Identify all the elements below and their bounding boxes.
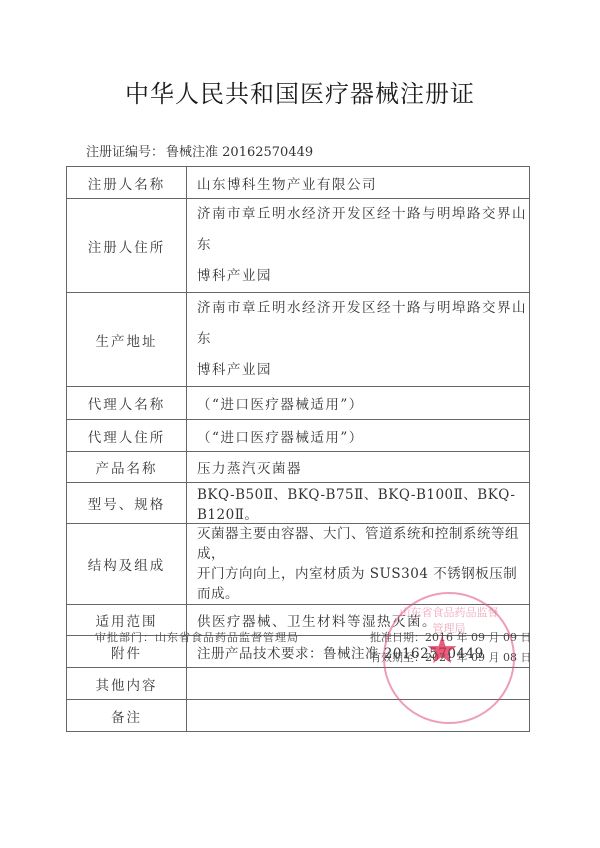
row-label: 代理人名称 [67, 387, 187, 420]
table-row-registrant-name: 注册人名称 山东博科生物产业有限公司 [67, 167, 530, 199]
row-value-line: 博科产业园 [197, 261, 529, 292]
table-row-production-address: 生产地址 济南市章丘明水经济开发区经十路与明埠路交界山东 博科产业园 [67, 293, 530, 387]
table-row-agent-address: 代理人住所 （“进口医疗器械适用”） [67, 420, 530, 452]
row-value-line: 博科产业园 [197, 355, 529, 386]
document-title: 中华人民共和国医疗器械注册证 [0, 74, 600, 109]
table-row-registrant-address: 注册人住所 济南市章丘明水经济开发区经十路与明埠路交界山东 博科产业园 [67, 199, 530, 293]
row-value: 灭菌器主要由容器、大门、管道系统和控制系统等组成， 开门方向向上，内室材质为 S… [187, 524, 530, 605]
row-label: 代理人住所 [67, 420, 187, 452]
table-row-product-name: 产品名称 压力蒸汽灭菌器 [67, 452, 530, 483]
row-label: 其他内容 [67, 668, 187, 700]
row-value: 压力蒸汽灭菌器 [187, 452, 530, 483]
official-seal: 山东省食品药品监督管理局 ★ [383, 592, 515, 724]
approval-department: 审批部门：山东省食品药品监督管理局 [95, 629, 299, 645]
row-value-line: 济南市章丘明水经济开发区经十路与明埠路交界山东 [197, 293, 529, 355]
table-row-model-spec: 型号、规格 BKQ-B50Ⅱ、BKQ-B75Ⅱ、BKQ-B100Ⅱ、BKQ-B1… [67, 483, 530, 524]
row-label: 注册人名称 [67, 167, 187, 199]
row-value: BKQ-B50Ⅱ、BKQ-B75Ⅱ、BKQ-B100Ⅱ、BKQ-B120Ⅱ。 [187, 483, 530, 524]
certificate-number: 注册证编号：鲁械注准 20162570449 [86, 141, 313, 160]
row-label: 备注 [67, 700, 187, 732]
certificate-number-value: 鲁械注准 20162570449 [166, 145, 313, 160]
row-label: 生产地址 [67, 293, 187, 387]
row-label: 型号、规格 [67, 483, 187, 524]
row-value: （“进口医疗器械适用”） [187, 387, 530, 420]
row-value: 山东博科生物产业有限公司 [187, 167, 530, 199]
row-value: 济南市章丘明水经济开发区经十路与明埠路交界山东 博科产业园 [187, 199, 530, 293]
row-value-line: 济南市章丘明水经济开发区经十路与明埠路交界山东 [197, 199, 529, 261]
row-label: 结构及组成 [67, 524, 187, 605]
row-label: 注册人住所 [67, 199, 187, 293]
row-value-line: 开门方向向上，内室材质为 SUS304 不锈钢板压制而成。 [197, 564, 529, 604]
row-value: 济南市章丘明水经济开发区经十路与明埠路交界山东 博科产业园 [187, 293, 530, 387]
row-label: 产品名称 [67, 452, 187, 483]
row-value-line: 灭菌器主要由容器、大门、管道系统和控制系统等组成， [197, 524, 529, 564]
star-icon: ★ [425, 628, 459, 672]
certificate-number-label: 注册证编号： [86, 145, 164, 160]
table-row-agent-name: 代理人名称 （“进口医疗器械适用”） [67, 387, 530, 420]
row-value: （“进口医疗器械适用”） [187, 420, 530, 452]
